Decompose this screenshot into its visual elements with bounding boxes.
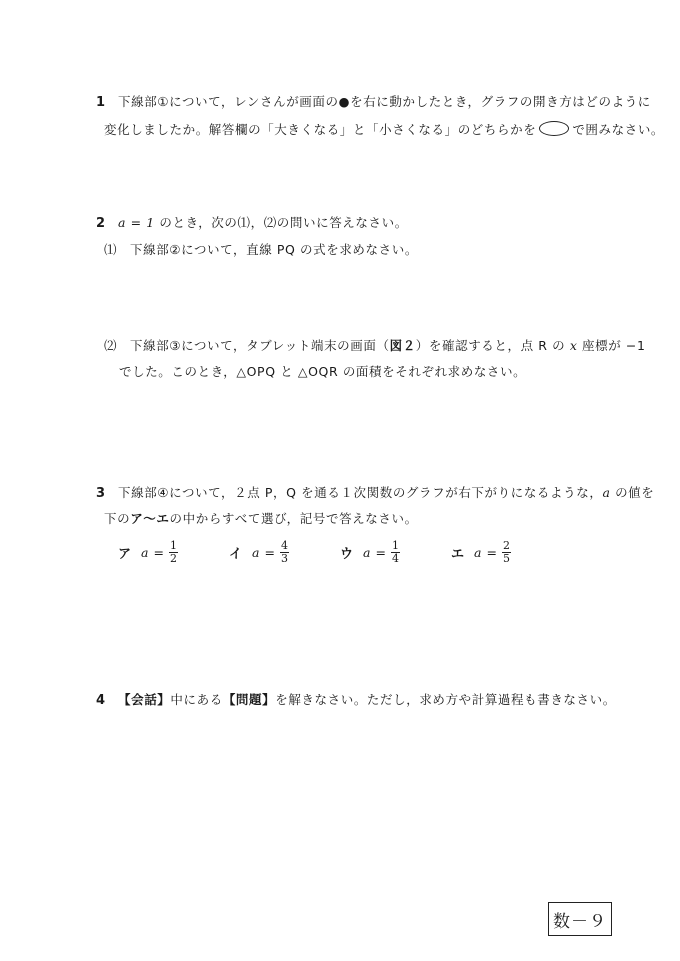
equals-sign: = <box>375 545 385 560</box>
q2-sub2-text-line2: でした。このとき，△OPQ と △OQR の面積をそれぞれ求めなさい。 <box>119 364 526 379</box>
q4-conversation-ref: 【会話】 <box>118 692 170 707</box>
q1-text-line2b: で囲みなさい。 <box>572 122 664 137</box>
choice-u-var: a <box>363 545 370 560</box>
choice-i-var: a <box>252 545 259 560</box>
q2-sub2-line1: ⑵下線部③について，タブレット端末の画面（図２）を確認すると，点 R の x 座… <box>104 338 646 354</box>
ellipse-icon <box>539 121 569 136</box>
choice-i-equation: a=43 <box>252 540 289 565</box>
q3-text-a: 下線部④について，２点 P，Q を通る１次関数のグラフが右下がりになるような， <box>118 485 602 500</box>
choice-e-var: a <box>474 545 481 560</box>
choice-i-label: イ <box>229 543 242 562</box>
q3-math-a: a <box>602 485 610 500</box>
choice-u-label: ウ <box>340 543 353 562</box>
choice-a-fraction: 12 <box>169 540 178 565</box>
q2-intro-text: のとき，次の⑴，⑵の問いに答えなさい。 <box>155 215 408 230</box>
choice-i-numerator: 4 <box>281 540 288 552</box>
q3-text-d: の中からすべて選び，記号で答えなさい。 <box>170 511 418 526</box>
choice-u-numerator: 1 <box>392 540 399 552</box>
q4-text-a: 中にある <box>170 692 222 707</box>
q1-text-line1: 下線部①について，レンさんが画面の●を右に動かしたとき，グラフの開き方はどのよう… <box>118 94 651 109</box>
q2-sub2-label: ⑵ <box>104 338 130 354</box>
q2-sub2-figure-ref: 図２ <box>390 338 416 353</box>
q3-text-c: 下の <box>104 511 130 526</box>
choice-e-equation: a=25 <box>474 540 511 565</box>
q2-sub1-text: 下線部②について，直線 PQ の式を求めなさい。 <box>130 242 418 257</box>
q4-text-b: を解きなさい。ただし，求め方や計算過程も書きなさい。 <box>275 692 616 707</box>
q2-sub2-text-b: ）を確認すると，点 R の <box>416 338 570 353</box>
q3-number: 3 <box>96 486 118 502</box>
choice-i: イ a=43 <box>229 540 289 565</box>
q4-problem-ref: 【問題】 <box>223 692 275 707</box>
equals-sign: = <box>153 545 163 560</box>
q2-sub2-text-a: 下線部③について，タブレット端末の画面（ <box>130 338 390 353</box>
choice-e-fraction: 25 <box>502 540 511 565</box>
q4-line: 4【会話】中にある【問題】を解きなさい。ただし，求め方や計算過程も書きなさい。 <box>96 692 616 709</box>
choice-u: ウ a=14 <box>340 540 400 565</box>
q2-sub1-label: ⑴ <box>104 242 130 258</box>
q2-number: 2 <box>96 216 118 232</box>
choice-a-label: ア <box>118 543 131 562</box>
choice-u-equation: a=14 <box>363 540 400 565</box>
equals-sign: = <box>486 545 496 560</box>
choice-e-label: エ <box>451 543 464 562</box>
q1-number: 1 <box>96 95 118 111</box>
q4-number: 4 <box>96 693 118 709</box>
q1-line1: 1下線部①について，レンさんが画面の●を右に動かしたとき，グラフの開き方はどのよ… <box>96 94 651 111</box>
choice-i-fraction: 43 <box>280 540 289 565</box>
q3-line2: 下のア〜エの中からすべて選び，記号で答えなさい。 <box>104 511 418 527</box>
page-number-label: 数－９ <box>553 907 607 932</box>
q2-sub1: ⑴下線部②について，直線 PQ の式を求めなさい。 <box>104 242 418 258</box>
choice-e-numerator: 2 <box>503 540 510 552</box>
q3-text-b: の値を <box>611 485 655 500</box>
q1-text-line2a: 変化しましたか。解答欄の「大きくなる」と「小さくなる」のどちらかを <box>104 122 536 137</box>
q3-choice-range: ア〜エ <box>130 511 169 526</box>
choice-a-var: a <box>141 545 148 560</box>
choice-a-numerator: 1 <box>170 540 177 552</box>
choice-i-denominator: 3 <box>281 553 288 565</box>
choice-u-denominator: 4 <box>392 553 399 565</box>
q3-line1: 3下線部④について，２点 P，Q を通る１次関数のグラフが右下がりになるような，… <box>96 485 654 502</box>
choice-e: エ a=25 <box>451 540 511 565</box>
q2-intro: 2a = 1 のとき，次の⑴，⑵の問いに答えなさい。 <box>96 215 408 232</box>
page-number-box: 数－９ <box>548 902 612 936</box>
q2-sub2-line2: でした。このとき，△OPQ と △OQR の面積をそれぞれ求めなさい。 <box>119 364 526 380</box>
q2-intro-math: a = 1 <box>118 215 155 230</box>
equals-sign: = <box>264 545 274 560</box>
q1-line2: 変化しましたか。解答欄の「大きくなる」と「小さくなる」のどちらかをで囲みなさい。 <box>104 121 664 138</box>
choice-a-equation: a=12 <box>141 540 178 565</box>
choice-a-denominator: 2 <box>170 553 177 565</box>
q2-sub2-text-c: 座標が −1 <box>577 338 645 353</box>
choice-u-fraction: 14 <box>391 540 400 565</box>
choice-a: ア a=12 <box>118 540 178 565</box>
choice-e-denominator: 5 <box>503 553 510 565</box>
